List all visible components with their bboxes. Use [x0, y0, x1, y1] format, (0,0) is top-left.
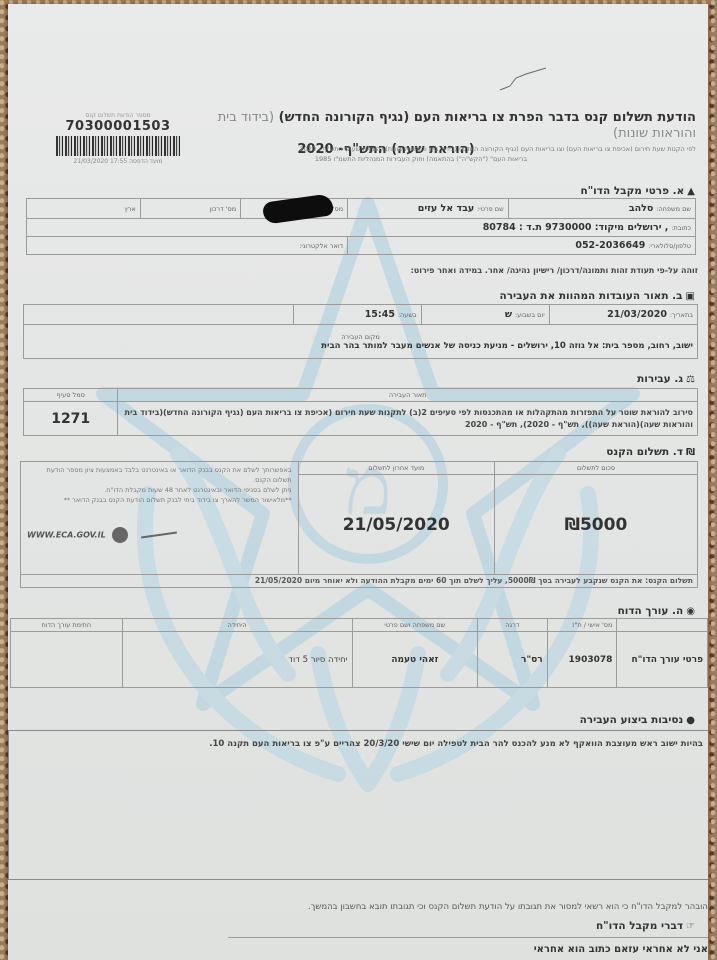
offenses-table: תאור העבירה סמל סעיף סירוב להוראת שוטר ע…: [23, 388, 698, 436]
signature-header: חתימת עורך הדוח: [41, 621, 91, 629]
passport-label: מס' דרכון: [209, 205, 236, 213]
section-f-title: נסיבות ביצוע העבירה: [580, 714, 684, 726]
officer-id: 1903078: [547, 632, 617, 688]
officer-signature: [11, 632, 123, 688]
country-label: ארץ: [124, 205, 136, 213]
section-code: 1271: [24, 402, 118, 436]
offense-place: ישוב, רחוב, מספר בית: אל גוזה 10, ירושלי…: [28, 341, 693, 351]
section-f-heading: ●נסיבות ביצוע העבירה: [580, 714, 698, 726]
name-header: שם משפחה ושם פרטי: [384, 621, 445, 629]
offense-circumstances-text: בהיות ישוב ראש מעוצבת הוואקף לא מנע להכנ…: [9, 731, 708, 757]
hand-pointing-icon: ☞: [686, 921, 695, 932]
last-name-label: שם משפחה:: [656, 205, 691, 213]
offense-description-header: תאור העבירה: [389, 391, 427, 399]
recipient-statement-title: דברי מקבל הדו"ח: [596, 920, 683, 932]
section-e-heading: ◉ה. עורך הדוח: [618, 605, 698, 617]
payment-due-date: 21/05/2020: [343, 515, 450, 535]
address-label: כתובת:: [671, 224, 691, 232]
section-a-title: א. פרטי מקבל הדו"ח: [580, 185, 684, 197]
payment-note-2: ניתן לשלם בסניפי הדואר ובאינטרנט לאחר 48…: [27, 485, 292, 495]
fine-notice-document: מ הודעת תשלום קנס בדבר הפרת צו בריאות הע…: [8, 4, 708, 960]
print-timestamp: 21/03/2020 17:55 מועד הדפסה: [48, 158, 188, 165]
subtitle-line1: לפי הקנות שעת חירום (אכיפת צו בריאות העם…: [226, 144, 696, 154]
response-right-notice: הובהר למקבל הדו"ח כי הוא רשאי למסור את ת…: [228, 902, 708, 912]
offense-time: 15:45: [365, 309, 395, 320]
section-d-title: ד. תשלום הקנס: [606, 446, 683, 458]
circle-icon: ●: [686, 715, 695, 726]
section-b-heading: ▣ב. תאור העובדות המהוות את העבירה: [500, 290, 699, 302]
time-label: בשעה:: [398, 311, 417, 319]
report-writer-row-label: פרטי עורך הדו"ח: [617, 632, 708, 688]
email-label: דואר אלקטרוני:: [299, 242, 343, 250]
officer-unit: יחידה סיור 5 דוד: [122, 632, 352, 688]
report-writer-table: מס' אישי / ת"ז דרגה שם משפחה ושם פרטי הי…: [10, 618, 708, 688]
recipient-details-table: שם משפחה: סלהב שם פרטי: עבד אל עזים מס' …: [26, 198, 696, 255]
gavel-icon: ⚖: [686, 374, 695, 385]
eye-icon: ◉: [686, 606, 695, 617]
offense-facts-table: בתאריך: 21/03/2020 יום בשבוע: ש בשעה: 15…: [23, 304, 698, 359]
section-c-title: ג. עבירות: [637, 373, 683, 385]
section-e-title: ה. עורך הדוח: [618, 605, 684, 617]
address-value: , ירושלים מיקוד: 9730000 ת.ד : 80784: [483, 222, 669, 233]
payment-note-3: **מלאישור המשר להארך צו בידוד ביתי לבנק …: [27, 495, 292, 505]
shekel-icon: ₪: [686, 447, 695, 458]
last-name-value: סלהב: [629, 203, 654, 214]
subtitle-line2: בריאות העם" ("הקש"ה") בהתאמה) וחוק העביר…: [226, 154, 616, 164]
section-b-title: ב. תאור העובדות המהוות את העבירה: [500, 290, 683, 302]
weekday-label: יום בשבוע:: [515, 311, 545, 319]
fine-payment-footer: תשלום הקנס: את הקנס שנקבע לעבירה בסך 500…: [20, 574, 698, 588]
first-name-value: עבד אל עזים: [418, 203, 475, 214]
amount-label: סכום לתשלום: [577, 464, 615, 472]
divider: [228, 937, 708, 938]
offense-circumstances-box: בהיות ישוב ראש מעוצבת הוואקף לא מנע להכנ…: [8, 730, 708, 880]
enforcement-authority-logo-icon: [141, 532, 177, 539]
offense-weekday: ש: [505, 309, 512, 320]
post-office-logo-icon: [112, 527, 128, 543]
section-code-header: סמל סעיף: [57, 391, 85, 399]
document-icon: ▣: [686, 291, 695, 302]
notice-number: 70300001503: [48, 119, 188, 134]
officer-name: זאהי טעמה: [352, 632, 477, 688]
phone-value: 052-2036649: [575, 240, 645, 251]
unit-header: היחידה: [227, 621, 246, 629]
recipient-statement-heading: ☞דברי מקבל הדו"ח: [596, 920, 698, 932]
title-main: הודעת תשלום קנס בדבר הפרת צו בריאות העם …: [279, 110, 696, 125]
recipient-statement-text: אני לא אחראי עזאם כתוב הוא אחראי: [534, 944, 708, 955]
first-name-label: שם פרטי:: [477, 205, 504, 213]
identified-by-text: זוהה על-פי תעודת זהות ותמונה/דרכון/ רישי…: [411, 266, 698, 275]
fine-amount: ₪5000: [565, 515, 628, 535]
officer-rank: רס"ר: [478, 632, 548, 688]
payment-note-1: באפשרותך לשלם את הקנס בבנק הדואר או באינ…: [27, 465, 292, 485]
phone-label: טלפון/סלולארי:: [648, 242, 691, 250]
barcode-label: מספר הודעת תשלום קנס: [48, 112, 188, 119]
section-a-heading: ▲א. פרטי מקבל הדו"ח: [580, 185, 698, 197]
person-icon: ▲: [687, 186, 695, 197]
rank-header: דרגה: [505, 621, 519, 629]
section-c-heading: ⚖ג. עבירות: [637, 373, 698, 385]
barcode-block: מספר הודעת תשלום קנס 70300001503 21/03/2…: [48, 112, 188, 165]
payment-website-link[interactable]: WWW.ECA.GOV.IL: [27, 531, 106, 540]
due-date-label: מועד אחרון לתשלום: [368, 464, 424, 472]
offense-description: סירוב להוראת שוטר על התפזרות מהתקהלות או…: [118, 402, 698, 436]
barcode-image: [56, 136, 180, 156]
place-label: מקום העבירה: [28, 333, 693, 341]
offense-date: 21/03/2020: [607, 309, 667, 320]
paper-crease-mark: [498, 64, 548, 94]
date-label: בתאריך:: [670, 311, 693, 319]
personal-id-header: מס' אישי / ת"ז: [572, 621, 612, 629]
fine-payment-table: סכום לתשלום מועד אחרון לתשלום באפשרותך ל…: [20, 461, 698, 575]
legal-basis-subtitle: לפי הקנות שעת חירום (אכיפת צו בריאות העם…: [226, 144, 696, 164]
section-d-heading: ₪ד. תשלום הקנס: [606, 446, 698, 458]
